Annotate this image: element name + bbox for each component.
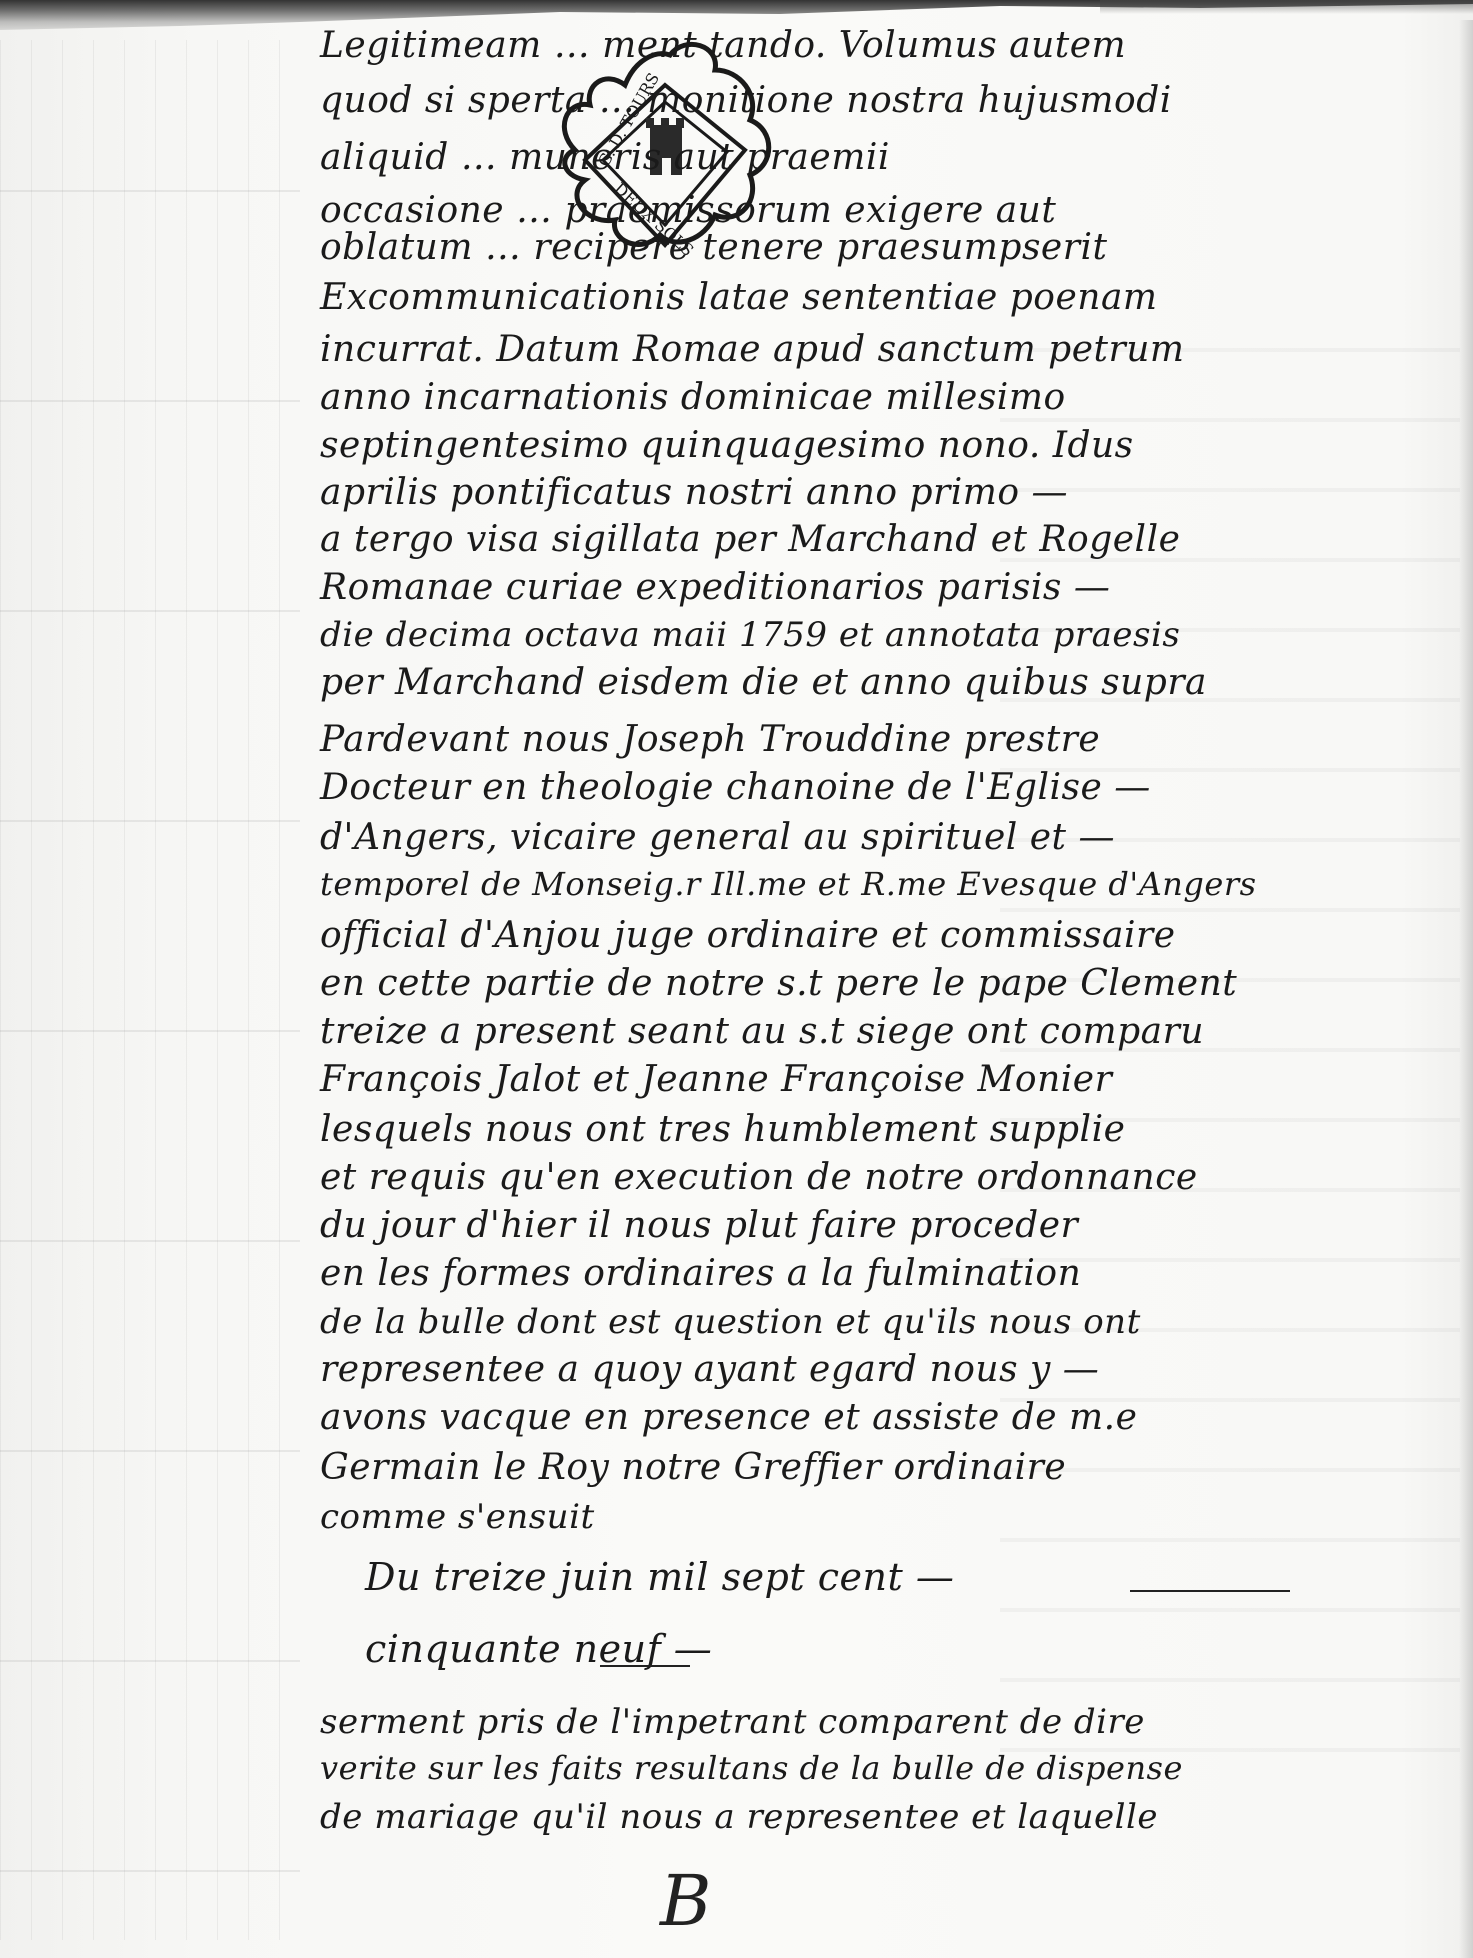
manuscript-line: oblatum … recipere tenere praesumpserit bbox=[320, 230, 1107, 266]
manuscript-line: cinquante neuf — bbox=[365, 1630, 712, 1668]
manuscript-line: treize a present seant au s.t siege ont … bbox=[320, 1014, 1204, 1050]
manuscript-line: a tergo visa sigillata per Marchand et R… bbox=[320, 522, 1180, 558]
manuscript-line: serment pris de l'impetrant comparent de… bbox=[320, 1705, 1145, 1739]
manuscript-line: Romanae curiae expeditionarios parisis — bbox=[320, 570, 1110, 606]
manuscript-page: G. D. TOURS DEUX SOLS Legitimeam … ment … bbox=[0, 0, 1473, 1958]
manuscript-line: Legitimeam … ment tando. Volumus autem bbox=[320, 28, 1126, 64]
manuscript-line: anno incarnationis dominicae millesimo bbox=[320, 380, 1066, 416]
manuscript-line: Pardevant nous Joseph Trouddine prestre bbox=[320, 722, 1100, 758]
manuscript-line: Germain le Roy notre Greffier ordinaire bbox=[320, 1450, 1066, 1486]
manuscript-line: septingentesimo quinquagesimo nono. Idus bbox=[320, 428, 1134, 464]
manuscript-line: occasione … praemissorum exigere aut bbox=[320, 193, 1056, 229]
manuscript-line: lesquels nous ont tres humblement suppli… bbox=[320, 1112, 1125, 1148]
manuscript-line: d'Angers, vicaire general au spirituel e… bbox=[320, 820, 1115, 856]
manuscript-line: aprilis pontificatus nostri anno primo — bbox=[320, 475, 1068, 511]
manuscript-line: comme s'ensuit bbox=[320, 1500, 595, 1534]
manuscript-line: et requis qu'en execution de notre ordon… bbox=[320, 1160, 1198, 1196]
manuscript-line: temporel de Monseig.r Ill.me et R.me Eve… bbox=[320, 868, 1257, 900]
left-margin-bleed bbox=[0, 40, 300, 1940]
manuscript-line: en les formes ordinaires a la fulminatio… bbox=[320, 1256, 1081, 1292]
manuscript-line: quod si sperta … monitione nostra hujusm… bbox=[320, 83, 1172, 119]
manuscript-line: incurrat. Datum Romae apud sanctum petru… bbox=[320, 332, 1185, 368]
manuscript-line: avons vacque en presence et assiste de m… bbox=[320, 1400, 1137, 1436]
manuscript-line: Docteur en theologie chanoine de l'Eglis… bbox=[320, 770, 1151, 806]
manuscript-line: per Marchand eisdem die et anno quibus s… bbox=[320, 665, 1207, 701]
manuscript-line: Excommunicationis latae sententiae poena… bbox=[320, 280, 1158, 316]
manuscript-line: de mariage qu'il nous a representee et l… bbox=[320, 1800, 1158, 1834]
manuscript-line: Du treize juin mil sept cent — bbox=[365, 1558, 954, 1596]
manuscript-line: François Jalot et Jeanne Françoise Monie… bbox=[320, 1062, 1112, 1098]
manuscript-line: du jour d'hier il nous plut faire proced… bbox=[320, 1208, 1078, 1244]
line-flourish bbox=[1130, 1590, 1290, 1592]
line-flourish bbox=[600, 1665, 690, 1667]
manuscript-line: representee a quoy ayant egard nous y — bbox=[320, 1352, 1099, 1388]
right-page-edge bbox=[1459, 20, 1473, 1958]
top-edge-shadow bbox=[1100, 0, 1473, 14]
manuscript-line: en cette partie de notre s.t pere le pap… bbox=[320, 966, 1237, 1002]
manuscript-line: de la bulle dont est question et qu'ils … bbox=[320, 1305, 1141, 1339]
manuscript-line: official d'Anjou juge ordinaire et commi… bbox=[320, 918, 1176, 954]
manuscript-line: aliquid … muneris aut praemii bbox=[320, 140, 890, 176]
page-mark: B bbox=[660, 1860, 711, 1942]
manuscript-line: die decima octava maii 1759 et annotata … bbox=[320, 618, 1180, 652]
manuscript-line: verite sur les faits resultans de la bul… bbox=[320, 1752, 1183, 1784]
